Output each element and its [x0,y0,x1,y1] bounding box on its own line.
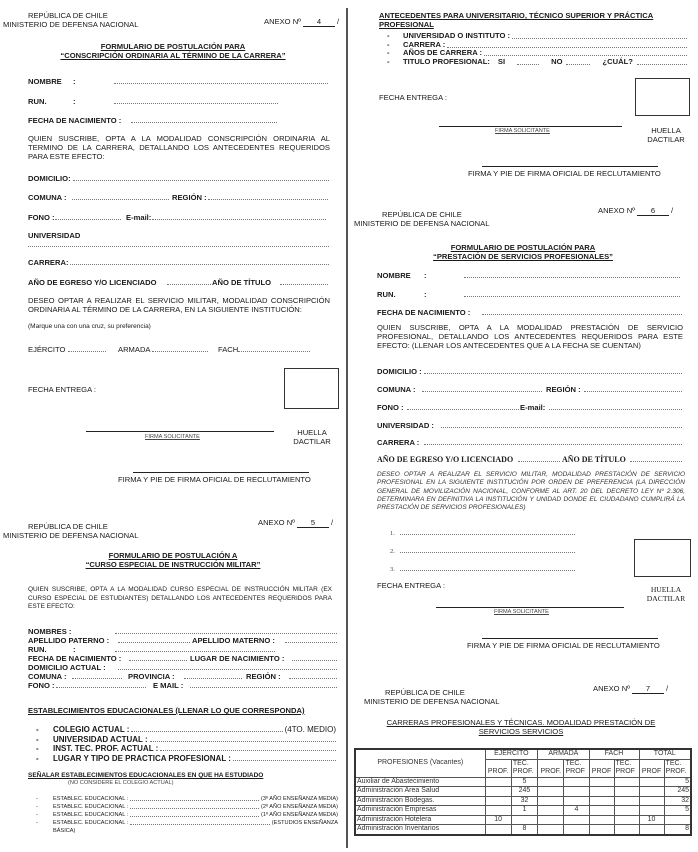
domicilio-field[interactable] [73,180,329,181]
fono-field[interactable] [407,409,519,410]
armada-label: ARMADA [118,345,150,354]
profesion-name: Administración Bodegas. [355,796,485,806]
apellido-paterno-label: APELLIDO PATERNO : [28,636,109,645]
comuna-label: COMUNA : [377,385,416,394]
item-label: UNIVERSIDAD ACTUAL : [53,735,148,745]
vacancy-cell [589,777,614,787]
antecedentes-title-line2: PROFESIONAL [379,20,434,29]
intro-paragraph: QUIEN SUSCRIBE, OPTA A LA MODALIDAD CONS… [28,134,330,161]
anexo-label: ANEXO Nº [264,17,301,26]
preference-field[interactable] [400,566,575,571]
region-label: REGIÓN : [172,193,207,202]
preference-number: 1. [390,530,395,537]
universidad-field[interactable] [441,427,682,428]
vacancy-cell [485,825,511,835]
group-header-ejercito: EJERCITO [485,749,538,759]
fingerprint-box[interactable] [635,78,690,116]
sub-header-prof: PROF. [485,759,511,777]
profesion-name: Auxiliar de Abastecimiento [355,777,485,787]
item-suffix: (4TO. MEDIO) [285,725,336,735]
vacancy-cell: 245 [664,787,691,797]
group-header-total: TOTAL [639,749,691,759]
intro-paragraph: QUIEN SUSCRIBE, OPTA A LA MODALIDAD CURS… [28,586,332,612]
titulo-field[interactable] [630,461,682,462]
email-field[interactable] [152,219,326,220]
form-title-line1: FORMULARIO DE POSTULACIÓN A [0,551,346,560]
anexo-suffix: / [337,17,339,26]
carrera-label: CARRERA : [377,438,419,447]
firma-solicitante-label: FIRMA SOLICITANTE [145,434,200,440]
universidad-instituto-field[interactable] [512,32,687,39]
vacancy-cell [538,796,564,806]
table-row: Administración Inventarios88 [355,825,691,835]
school-field[interactable] [130,803,259,809]
vacancy-cell [485,796,511,806]
vacancy-cell [639,825,664,835]
huella-label: HUELLADACTILAR [640,585,692,603]
table-row: Administración Bodegas.3232 [355,796,691,806]
preference-number: 2. [390,548,395,555]
vacancy-cell [538,787,564,797]
anexo-label: ANEXO Nº [258,518,295,527]
run-label: RUN. [28,645,47,654]
huella-text: HUELLA [288,428,336,437]
item-label: LUGAR Y TIPO DE PRACTICA PROFESIONAL : [53,754,231,764]
fono-label: FONO : [28,681,55,690]
profesion-name: Administración Hotelera [355,815,485,825]
carrera-field[interactable] [424,444,682,445]
comuna-field[interactable] [422,391,542,392]
universidad-label: UNIVERSIDAD [28,231,80,240]
deseo-paragraph: DESEO OPTAR A REALIZAR EL SERVICIO MILIT… [377,471,685,512]
senalar-note: (NO CONSIDERE EL COLEGIO ACTUAL) [68,780,173,786]
school-field[interactable] [130,819,270,825]
vacancy-cell [614,815,639,825]
titulo-field[interactable] [280,284,328,285]
table-title-line1: CARRERAS PROFESIONALES Y TÉCNICAS. MODAL… [348,718,694,727]
list-item: -COLEGIO ACTUAL :(4TO. MEDIO) [36,725,336,735]
item-label: ESTABLEC. EDUCACIONAL : [53,803,128,811]
table-row: Auxiliar de Abastecimiento55 [355,777,691,787]
nombre-field[interactable] [464,277,680,278]
domicilio-actual-field[interactable] [118,669,337,670]
vacancy-cell [564,815,589,825]
fono-label: FONO : [377,403,404,412]
sub-header-tec-prof: TEC.PROF [614,759,639,777]
item-suffix: (3º AÑO ENSEÑANZA MEDIA) [261,795,338,803]
item-label: ESTABLEC. EDUCACIONAL : [53,811,128,819]
anexo-suffix: / [671,206,673,215]
vacancy-cell: 5 [664,806,691,816]
signature-line [439,126,622,127]
list-item: -INST. TEC. PROF. ACTUAL : [36,744,336,754]
nombre-label: NOMBRE [377,271,411,280]
official-signature-line [482,166,658,167]
profesion-name: Administración Empresas [355,806,485,816]
vacancy-cell [639,806,664,816]
vacancy-cell: 10 [485,815,511,825]
domicilio-label: DOMICILIO: [28,174,71,183]
run-field[interactable] [114,103,278,104]
sub-header-tec-prof: TEC.PROF. [664,759,691,777]
anexo-num-value: 4 [303,17,335,27]
republica-label: REPÚBLICA DE CHILE [28,11,108,20]
official-signature-line [482,638,658,639]
colegio-field[interactable] [131,725,282,732]
run-field[interactable] [464,296,680,297]
list-item: -LUGAR Y TIPO DE PRACTICA PROFESIONAL : [36,754,336,764]
table-row: Administración Empresas145 [355,806,691,816]
fecha-entrega-label: FECHA ENTREGA : [377,581,445,590]
anexo-num-value: 7 [632,684,664,694]
fecha-entrega-label: FECHA ENTREGA : [28,385,96,394]
colon: : [73,97,76,106]
colon: : [424,271,427,280]
vacancy-cell [564,777,589,787]
dactilar-text: DACTILAR [288,437,336,446]
vacancy-cell: 8 [664,825,691,835]
carrera-field[interactable] [70,264,329,265]
email-label: E MAIL : [153,681,183,690]
fono-label: FONO : [28,213,55,222]
preference-2: 2. [390,548,575,555]
armada-field[interactable] [152,345,208,352]
vacancy-cell: 4 [564,806,589,816]
egreso-field[interactable] [518,461,560,462]
vacancy-cell [614,806,639,816]
colon: : [73,77,76,86]
intro-paragraph: QUIEN SUSCRIBE, OPTA A LA MODALIDAD PRES… [377,323,683,350]
region-field[interactable] [289,678,337,679]
vacancy-cell [639,796,664,806]
ejercito-label: EJÉRCITO [28,345,65,354]
ejercito-field[interactable] [68,345,106,352]
titulo-label: AÑO DE TÍTULO [562,455,626,464]
huella-label: HUELLADACTILAR [642,126,690,144]
vacancy-cell [538,806,564,816]
table-row: Administración Hotelera1010 [355,815,691,825]
school-field[interactable] [130,811,259,817]
email-field[interactable] [549,409,682,410]
item-label: INST. TEC. PROF. ACTUAL : [53,744,158,754]
republica-label: REPÚBLICA DE CHILE [28,522,108,531]
vacancy-cell [639,787,664,797]
apellido-materno-field[interactable] [285,642,337,643]
list-item: -TITULO PROFESIONAL:SINO¿CUÁL? [387,58,687,67]
universidad-label: UNIVERSIDAD : [377,421,434,430]
fecha-nacimiento-field[interactable] [482,314,682,315]
firma-oficial-label: FIRMA Y PIE DE FIRMA OFICIAL DE RECLUTAM… [467,641,660,650]
colon: : [424,290,427,299]
republica-label: REPÚBLICA DE CHILE [385,688,465,697]
anexo-number: ANEXO Nº4/ [264,17,339,27]
vacancy-cell: 10 [639,815,664,825]
anexo-num-value: 5 [297,518,329,528]
comuna-label: COMUNA : [28,193,67,202]
form-title-line1: FORMULARIO DE POSTULACIÓN PARA [0,42,346,51]
vacancy-cell [538,815,564,825]
firma-solicitante-label: FIRMA SOLICITANTE [494,609,549,615]
vacancy-cell [485,806,511,816]
region-label: REGIÓN : [246,672,281,681]
group-header-fach: FACH [589,749,639,759]
comuna-label: COMUNA : [28,672,67,681]
cual-label: ¿CUÁL? [602,58,632,67]
vacancy-cell: 8 [511,825,537,835]
preference-3: 3. [390,566,575,573]
firma-oficial-label: FIRMA Y PIE DE FIRMA OFICIAL DE RECLUTAM… [118,475,311,484]
titulo-label: AÑO DE TÍTULO [212,278,271,287]
comuna-field[interactable] [72,678,122,679]
nombres-label: NOMBRES : [28,627,71,636]
senalar-title: SEÑALAR ESTABLECIMIENTOS EDUCACIONALES E… [28,772,263,779]
huella-text: HUELLA [640,585,692,594]
anexo-suffix: / [666,684,668,693]
anexo-label: ANEXO Nº [593,684,630,693]
item-suffix: (2º AÑO ENSEÑANZA MEDIA) [261,803,338,811]
anexo-number: ANEXO Nº6/ [598,206,673,216]
email-label: E-mail: [126,213,151,222]
ministerio-label: MINISTERIO DE DEFENSA NACIONAL [3,531,138,540]
dactilar-text: DACTILAR [642,135,690,144]
practica-field[interactable] [233,754,336,761]
run-label: RUN. [377,290,396,299]
apellido-paterno-field[interactable] [118,642,190,643]
school-field[interactable] [130,795,259,801]
armada-option[interactable]: ARMADA [118,345,208,354]
vacancy-cell: 5 [664,777,691,787]
preference-number: 3. [390,566,395,573]
vacancies-table: PROFESIONES (Vacantes) EJERCITO ARMADA F… [354,748,692,836]
list-item: -ESTABLEC. EDUCACIONAL :(1º AÑO ENSEÑANZ… [36,811,338,819]
anexo-number: ANEXO Nº5/ [258,518,333,528]
item-label: ESTABLEC. EDUCACIONAL : [53,819,128,827]
form-title-line2: “CURSO ESPECIAL DE INSTRUCCIÓN MILITAR” [0,560,346,569]
anexo-num-value: 6 [637,206,669,216]
vacancy-cell [589,787,614,797]
fecha-nacimiento-field[interactable] [129,660,187,661]
si-field[interactable] [517,58,539,65]
email-field[interactable] [190,687,337,688]
run-field[interactable] [115,651,275,652]
marque-note: (Marque una con una cruz, su preferencia… [28,323,151,330]
profesion-name: Administración Area Salud [355,787,485,797]
vacancy-cell: 32 [511,796,537,806]
vacancy-cell [614,777,639,787]
fecha-entrega-label: FECHA ENTREGA : [379,93,447,102]
official-signature-line [133,472,309,473]
vacancy-cell: 5 [511,777,537,787]
list-item: -ESTABLEC. EDUCACIONAL :(3º AÑO ENSEÑANZ… [36,795,338,803]
nombre-label: NOMBRE [28,77,62,86]
fingerprint-box[interactable] [634,539,691,577]
no-label: NO [551,58,562,67]
previous-schools-list: -ESTABLEC. EDUCACIONAL :(3º AÑO ENSEÑANZ… [36,795,338,835]
run-label: RUN. [28,97,47,106]
lugar-nacimiento-field[interactable] [292,660,337,661]
vacancy-cell [564,787,589,797]
vacancy-cell [538,777,564,787]
profesiones-header: PROFESIONES (Vacantes) [355,749,485,777]
firma-solicitante-label: FIRMA SOLICITANTE [495,128,550,134]
email-label: E-mail: [520,403,545,412]
preference-1: 1. [390,530,575,537]
antecedentes-title-line1: ANTECEDENTES PARA UNIVERSITARIO, TÉCNICO… [379,11,653,20]
establecimientos-title: ESTABLECIMIENTOS EDUCACIONALES (LLENAR L… [28,706,304,715]
vacancy-cell [485,787,511,797]
egreso-field[interactable] [167,284,211,285]
region-label: REGIÓN : [546,385,581,394]
vacancy-cell [664,815,691,825]
table-row: Administración Area Salud245245 [355,787,691,797]
sub-header-prof: PROF [589,759,614,777]
vacancy-cell [564,796,589,806]
anexo-number: ANEXO Nº7/ [593,684,668,694]
egreso-label: AÑO DE EGRESO Y/O LICENCIADO [28,278,157,287]
vacancy-cell [564,825,589,835]
ministerio-label: MINISTERIO DE DEFENSA NACIONAL [364,697,499,706]
signature-line [436,607,624,608]
antecedentes-list: -UNIVERSIDAD O INSTITUTO : -CARRERA : -A… [387,32,687,66]
inst-tec-field[interactable] [160,744,336,751]
domicilio-label: DOMICILIO : [377,367,422,376]
deseo-paragraph: DESEO OPTAR A REALIZAR EL SERVICIO MILIT… [28,296,330,314]
table-group-header: PROFESIONES (Vacantes) EJERCITO ARMADA F… [355,749,691,759]
sub-header-tec-prof: TEC.PROF. [511,759,537,777]
lugar-nacimiento-label: LUGAR DE NACIMIENTO : [190,654,284,663]
universidad-field[interactable] [28,246,329,247]
vacancy-cell [614,825,639,835]
fono-field[interactable] [55,219,121,220]
form-title-line1: FORMULARIO DE POSTULACIÓN PARA [348,243,698,252]
provincia-label: PROVINCIA : [128,672,175,681]
fecha-nacimiento-field[interactable] [131,122,277,123]
republica-label: REPÚBLICA DE CHILE [382,210,462,219]
list-item: -ESTABLEC. EDUCACIONAL :(2º AÑO ENSEÑANZ… [36,803,338,811]
item-suffix: (1º AÑO ENSEÑANZA MEDIA) [261,811,338,819]
vacancy-cell [639,777,664,787]
sub-header-tec-prof: TEC.PROF [564,759,589,777]
provincia-field[interactable] [184,678,242,679]
vacancy-cell [589,796,614,806]
vacancy-cell [614,796,639,806]
fecha-nacimiento-label: FECHA DE NACIMIENTO : [28,654,121,663]
item-suffix-wrap: BÁSICA) [36,827,338,835]
universidad-actual-field[interactable] [150,735,336,742]
item-label: COLEGIO ACTUAL : [53,725,129,735]
form-title-line2: “PRESTACIÓN DE SERVICIOS PROFESIONALES” [348,252,698,261]
vacancy-cell: 1 [511,806,537,816]
nombre-field[interactable] [114,83,328,84]
group-header-armada: ARMADA [538,749,589,759]
table-title-line2: SERVICIOS SERVICIOS [348,727,694,736]
colon: : [73,645,76,654]
form-title-line2: “CONSCRIPCIÓN ORDINARIA AL TÉRMINO DE LA… [0,51,346,60]
si-label: SI [498,58,505,67]
titulo-label: TITULO PROFESIONAL: [403,58,490,67]
comuna-field[interactable] [72,199,169,200]
nombres-field[interactable] [115,633,337,634]
sub-header-prof: PROF [639,759,664,777]
vacancy-cell [589,825,614,835]
fono-field[interactable] [56,687,146,688]
anexo-suffix: / [331,518,333,527]
ministerio-label: MINISTERIO DE DEFENSA NACIONAL [3,20,138,29]
no-field[interactable] [566,58,590,65]
preference-field[interactable] [400,548,575,553]
fach-option[interactable]: FACH [218,345,310,354]
firma-oficial-label: FIRMA Y PIE DE FIRMA OFICIAL DE RECLUTAM… [468,169,661,178]
region-field[interactable] [584,391,682,392]
ministerio-label: MINISTERIO DE DEFENSA NACIONAL [354,219,489,228]
dactilar-text: DACTILAR [640,594,692,603]
sub-header-prof: PROF. [538,759,564,777]
vacancy-cell: 32 [664,796,691,806]
anexo-label: ANEXO Nº [598,206,635,215]
fecha-nacimiento-label: FECHA DE NACIMIENTO : [28,116,121,125]
vacancy-cell [589,806,614,816]
establecimientos-list: -COLEGIO ACTUAL :(4TO. MEDIO) -UNIVERSID… [36,725,336,763]
fecha-nacimiento-label: FECHA DE NACIMIENTO : [377,308,470,317]
ejercito-option[interactable]: EJÉRCITO [28,345,106,354]
egreso-label: AÑO DE EGRESO Y/O LICENCIADO [377,455,513,464]
anos-carrera-field[interactable] [484,49,687,56]
vacancy-cell [538,825,564,835]
signature-line [86,431,274,432]
vacancy-cell [485,777,511,787]
huella-label: HUELLADACTILAR [288,428,336,446]
fach-field[interactable] [238,345,310,352]
domicilio-field[interactable] [424,373,682,374]
carrera-label: CARRERA: [28,258,69,267]
cual-field[interactable] [637,58,687,65]
list-item: -UNIVERSIDAD ACTUAL : [36,735,336,745]
fingerprint-box[interactable] [284,368,339,409]
vacancy-cell [511,815,537,825]
region-field[interactable] [208,199,328,200]
profesion-name: Administración Inventarios [355,825,485,835]
preference-field[interactable] [400,530,575,535]
item-suffix: (ESTUDIOS ENSEÑANZA [272,819,338,827]
vacancy-cell [614,787,639,797]
huella-text: HUELLA [642,126,690,135]
list-item: -ESTABLEC. EDUCACIONAL :(ESTUDIOS ENSEÑA… [36,819,338,827]
vacancy-cell [589,815,614,825]
item-label: ESTABLEC. EDUCACIONAL : [53,795,128,803]
vacancy-cell: 245 [511,787,537,797]
fach-label: FACH [218,345,238,354]
apellido-materno-label: APELLIDO MATERNO : [192,636,275,645]
carrera-field[interactable] [447,41,687,48]
domicilio-actual-label: DOMICILIO ACTUAL : [28,663,106,672]
